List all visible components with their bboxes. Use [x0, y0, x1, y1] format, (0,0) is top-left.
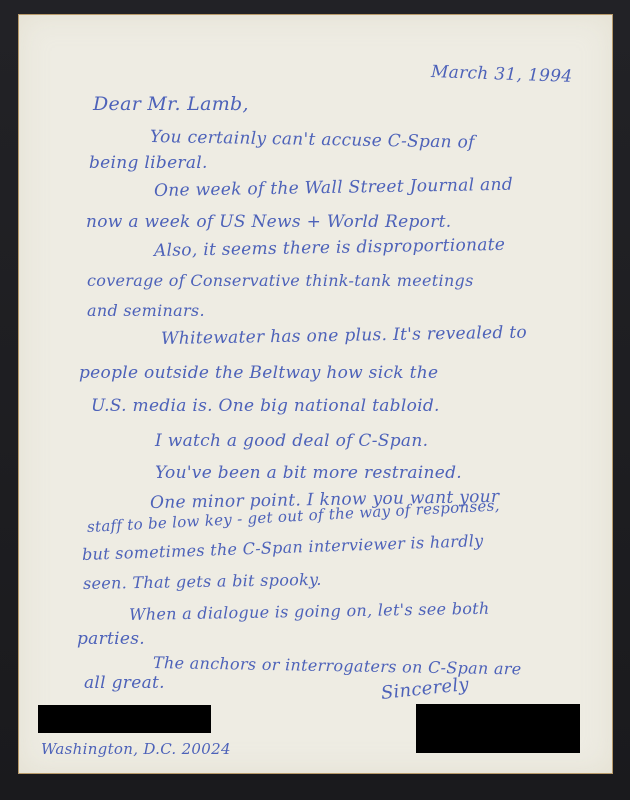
- body-line: parties.: [77, 629, 145, 649]
- body-line: Also, it seems there is disproportionate: [154, 235, 506, 261]
- body-line: being liberal.: [89, 153, 208, 173]
- body-line: You've been a bit more restrained.: [155, 463, 462, 483]
- closing-signature: Sincerely: [380, 674, 470, 704]
- body-line: people outside the Beltway how sick the: [79, 363, 438, 383]
- body-line: When a dialogue is going on, let's see b…: [129, 599, 490, 624]
- body-line: but sometimes the C-Span interviewer is …: [82, 531, 484, 564]
- body-line: coverage of Conservative think-tank meet…: [87, 271, 474, 290]
- body-line: I watch a good deal of C-Span.: [155, 431, 428, 451]
- body-line: now a week of US News + World Report.: [86, 212, 451, 232]
- body-line: You certainly can't accuse C-Span of: [150, 127, 475, 153]
- redacted-sender-address: [38, 705, 211, 733]
- body-line: U.S. media is. One big national tabloid.: [91, 396, 440, 416]
- letter-salutation: Dear Mr. Lamb,: [93, 93, 249, 115]
- redacted-signature-name: [416, 704, 580, 753]
- address-line: Washington, D.C. 20024: [41, 740, 231, 758]
- body-line: seen. That gets a bit spooky.: [83, 570, 322, 593]
- letter-page: March 31, 1994 Dear Mr. Lamb, You certai…: [19, 15, 612, 773]
- body-line: Whitewater has one plus. It's revealed t…: [161, 323, 527, 349]
- body-line: all great.: [84, 673, 165, 693]
- body-line: One week of the Wall Street Journal and: [154, 175, 513, 201]
- letter-date: March 31, 1994: [431, 62, 573, 87]
- body-line: and seminars.: [87, 301, 205, 320]
